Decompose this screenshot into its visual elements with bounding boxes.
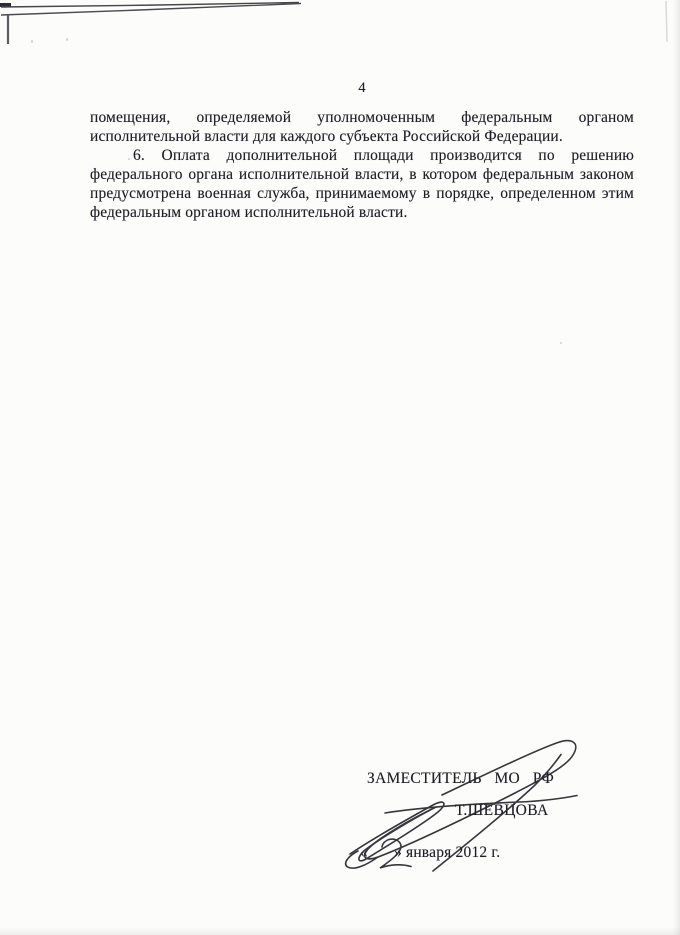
signature-role-word: МО bbox=[494, 770, 520, 788]
body-line: 6. Оплата дополнительной площади произво… bbox=[90, 146, 634, 165]
scan-artifact-top-edge bbox=[0, 0, 680, 60]
body-line: предусмотрена военная служба, принимаемо… bbox=[90, 184, 634, 203]
signature-name: Т.ШЕВЦОВА bbox=[455, 802, 555, 820]
signature-role-word: ЗАМЕСТИТЕЛЬ bbox=[367, 770, 482, 788]
date-text: января 2012 г. bbox=[406, 844, 500, 861]
body-line: исполнительной власти для каждого субъек… bbox=[90, 127, 634, 146]
scan-speck bbox=[31, 40, 33, 43]
signature-date-line: «» января 2012 г. bbox=[360, 844, 500, 862]
scan-speck bbox=[66, 38, 68, 41]
scan-edge-shading-right bbox=[673, 0, 680, 935]
page-number: 4 bbox=[90, 80, 634, 97]
date-quote-open: « bbox=[360, 844, 368, 861]
scan-speck bbox=[560, 342, 562, 344]
signature-role: ЗАМЕСТИТЕЛЬ МО РФ bbox=[367, 770, 554, 788]
body-text: помещения, определяемой уполномоченным ф… bbox=[90, 108, 634, 222]
document-page: 4 помещения, определяемой уполномоченным… bbox=[0, 0, 680, 935]
body-line: федерального органа исполнительной власт… bbox=[90, 165, 634, 184]
body-line: помещения, определяемой уполномоченным ф… bbox=[90, 108, 634, 127]
body-line: федеральным органом исполнительной власт… bbox=[90, 203, 634, 222]
signature-role-word: РФ bbox=[533, 770, 554, 788]
scan-edge-shading-bottom bbox=[0, 927, 680, 935]
date-quote-close: » bbox=[394, 844, 402, 861]
